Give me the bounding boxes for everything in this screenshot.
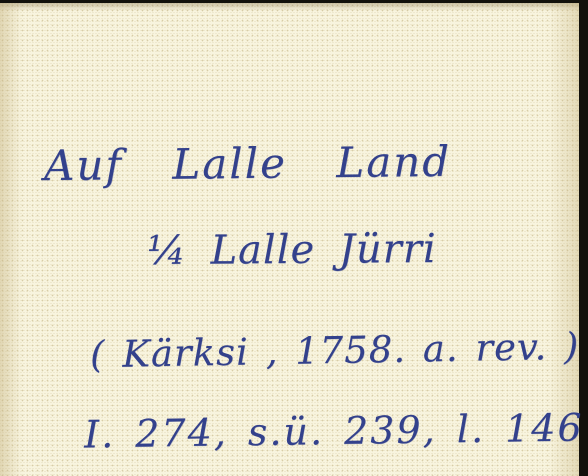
- card-top-shading: [0, 3, 579, 11]
- handwritten-line-source: ( Kärksi , 1758. a. rev. ): [90, 325, 580, 377]
- card-left-shading: [0, 3, 22, 476]
- handwritten-line-subheading: ¼ Lalle Jürri: [147, 226, 437, 274]
- index-card: Auf Lalle Land ¼ Lalle Jürri ( Kärksi , …: [0, 3, 579, 476]
- handwritten-line-reference: I. 274, s.ü. 239, l. 146: [84, 406, 584, 457]
- handwritten-line-heading: Auf Lalle Land: [44, 137, 452, 190]
- scanned-card-frame: Auf Lalle Land ¼ Lalle Jürri ( Kärksi , …: [0, 0, 588, 476]
